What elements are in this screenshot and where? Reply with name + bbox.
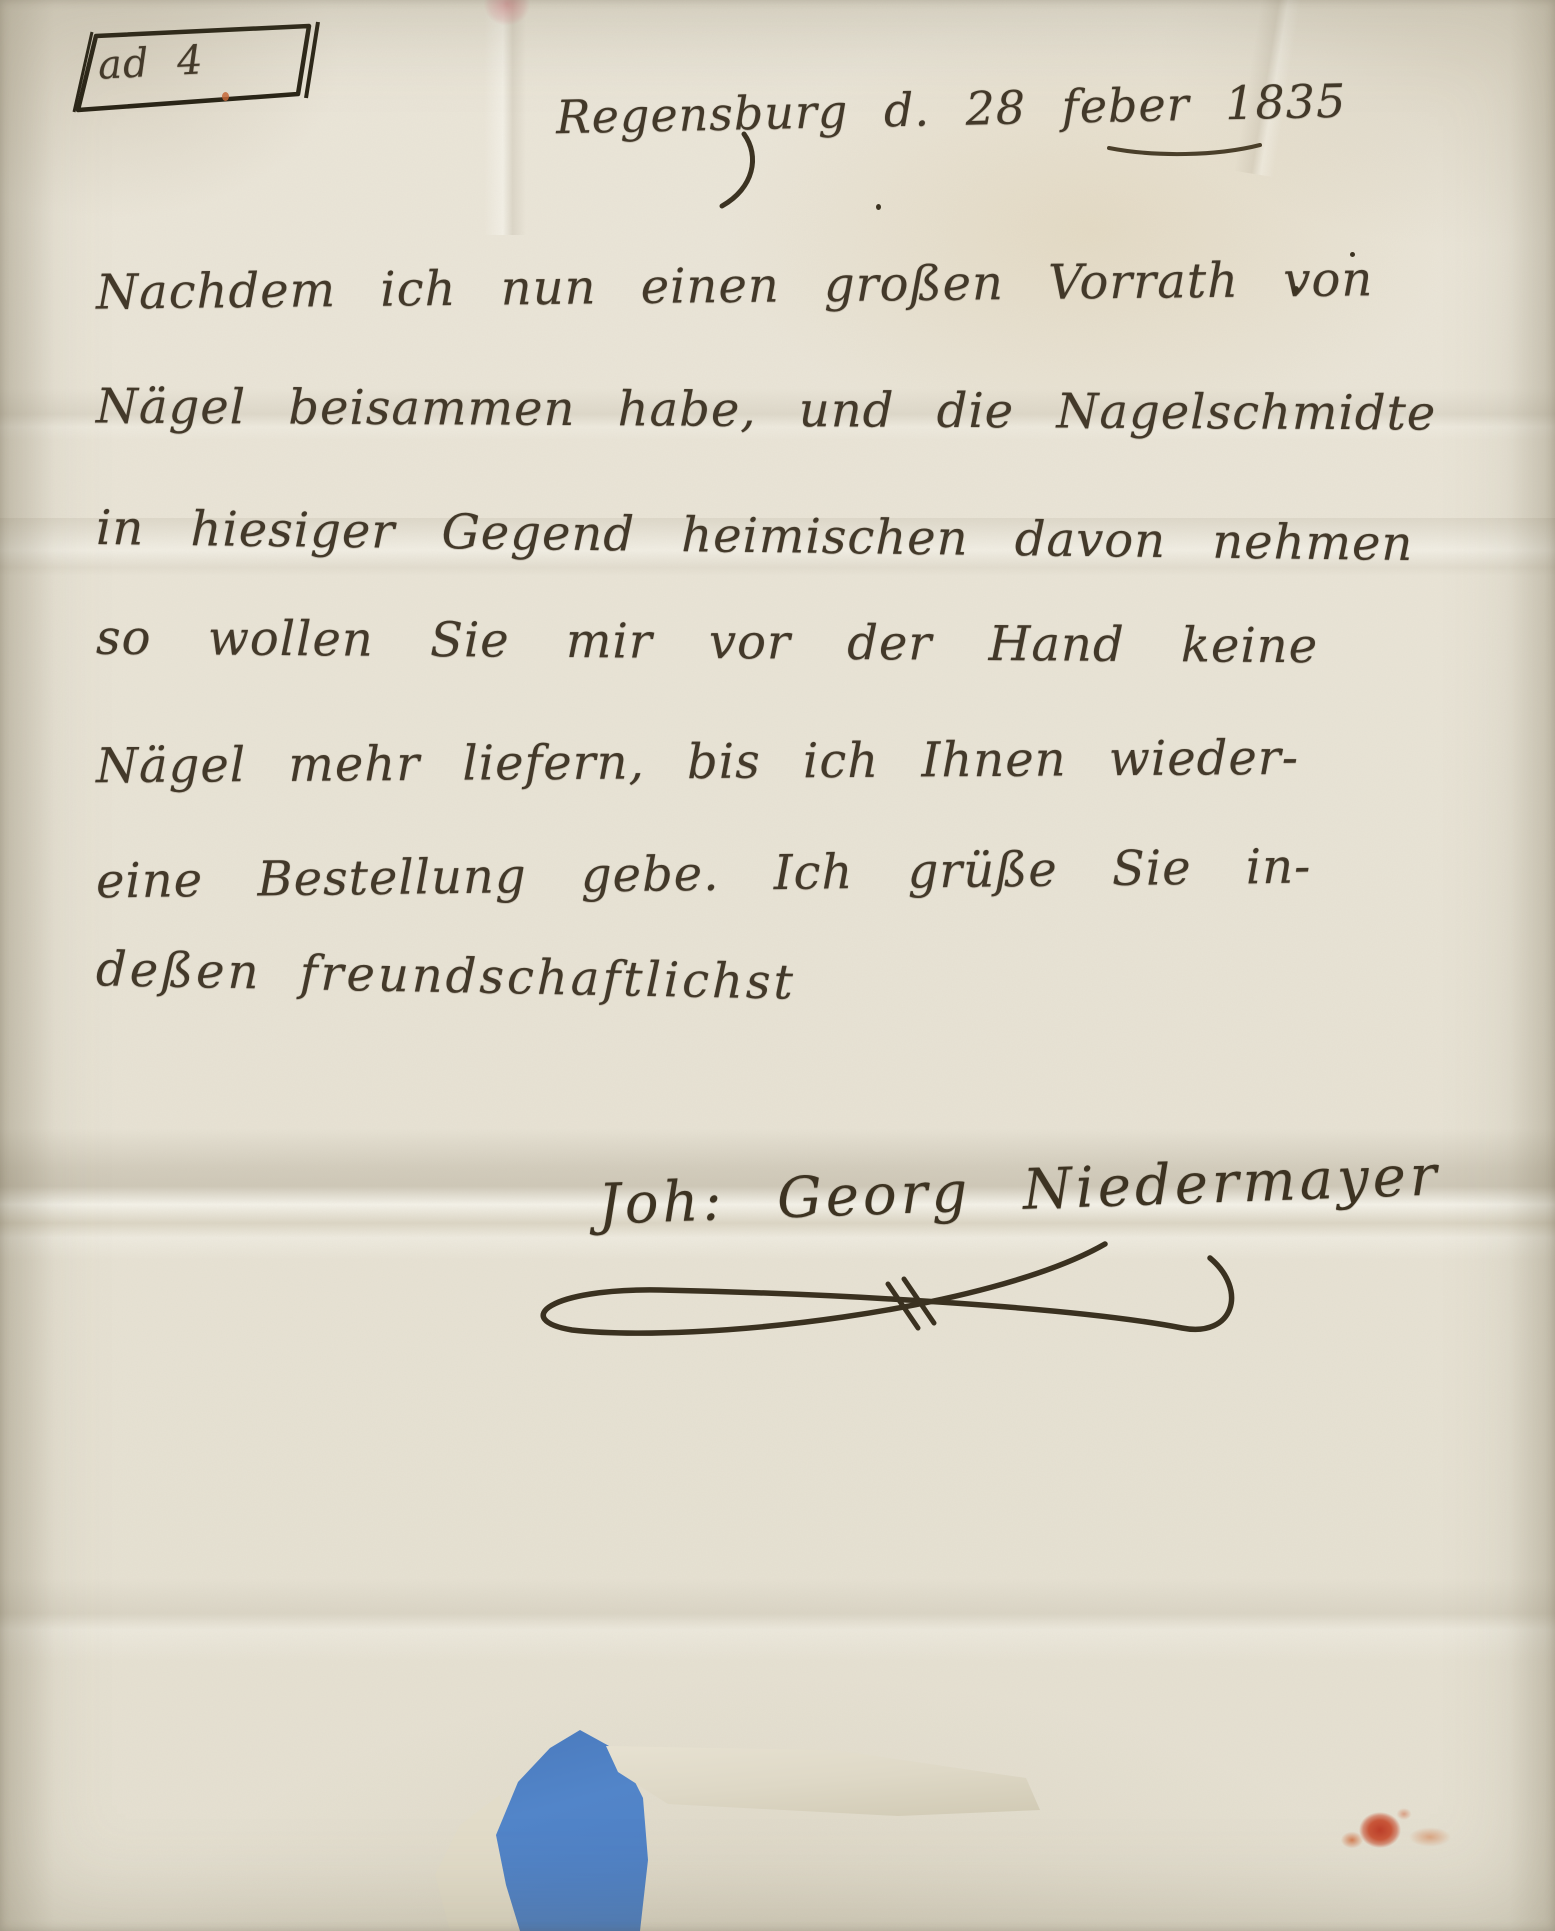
ink-flourish: [700, 128, 770, 218]
handwritten-line: so wollen Sie mir vor der Hand keine: [96, 610, 1318, 675]
pink-edge-stain: [462, 0, 552, 50]
ink-speck: [876, 204, 881, 210]
signature-flourish: [520, 1232, 1260, 1362]
handwritten-line: Nägel beisammen habe, und die Nagelschmi…: [96, 378, 1437, 441]
ink-speck: [1350, 252, 1355, 257]
letter-page: ad 4 Regensburg d. 28 feber 1835 Nachdem…: [0, 0, 1555, 1931]
archive-number-label: ad 4: [97, 37, 205, 88]
wax-seal-stain: [1338, 1792, 1468, 1867]
handwritten-line: Nägel mehr liefern, bis ich Ihnen wieder…: [96, 730, 1299, 794]
dateline-underline: [1105, 142, 1265, 160]
ink-speck: [222, 92, 229, 101]
